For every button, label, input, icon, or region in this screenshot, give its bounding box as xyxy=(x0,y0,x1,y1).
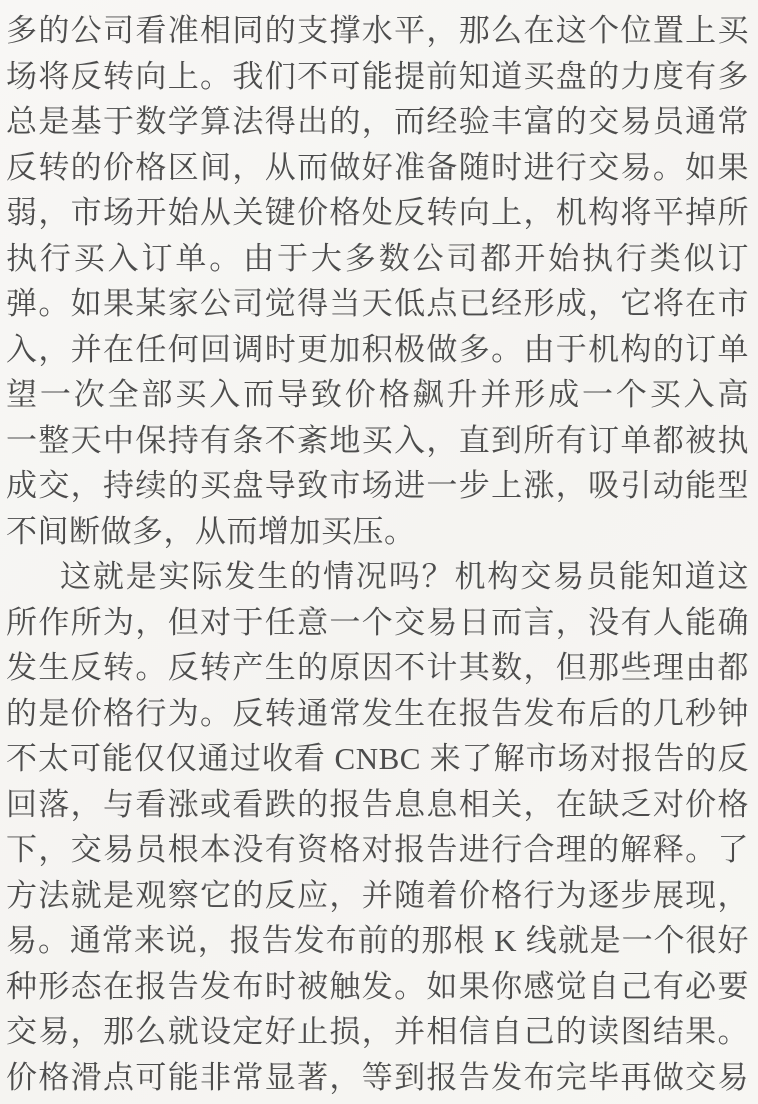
text-line: 易。通常来说，报告发布前的那根 K 线就是一个很好的入场形态，这 xyxy=(6,918,749,964)
text-line: 多的公司看准相同的支撑水平，那么在这个位置上买盘将压倒卖盘，市 xyxy=(6,8,749,54)
text-line: 弱，市场开始从关键价格处反转向上，机构将平掉所有空头，并积极地 xyxy=(6,190,749,236)
text-line: 不太可能仅仅通过收看 CNBC 来了解市场对报告的反应。市场的反弹或 xyxy=(6,736,749,782)
text-line: 所作所为，但对于任意一个交易日而言，没有人能确切知道市场为什么 xyxy=(6,600,749,646)
text-line: 弹。如果某家公司觉得当天低点已经形成，它将在市场反弹时继续买 xyxy=(6,281,749,327)
text-line: 成交，持续的买盘导致市场进一步上涨，吸引动能型交易员也在一天内 xyxy=(6,463,749,509)
text-line: 价格滑点可能非常显著，等到报告发布完毕再做交易是一个更好的选 xyxy=(6,1055,749,1101)
text-line: 回落，与看涨或看跌的报告息息相关，在缺乏对价格行为分析的情况 xyxy=(6,782,749,828)
text-line: 一整天中保持有条不紊地买入，直到所有订单都被执行。随着订单不断 xyxy=(6,418,749,464)
text-line: 发生反转。反转产生的原因不计其数，但那些理由都是不相干的。重要 xyxy=(6,645,749,691)
text-line: 交易，那么就设定好止损，并相信自己的读图结果。由于报告发布期的 xyxy=(6,1009,749,1055)
text-line: 入，并在任何回调时更加积极做多。由于机构的订单规模巨大，它不希 xyxy=(6,327,749,373)
text-line: 的是价格行为。反转通常发生在报告发布后的几秒钟内，但个人交易员 xyxy=(6,691,749,737)
text-line: 总是基于数学算法得出的，而经验丰富的交易员通常能够预测可能出现 xyxy=(6,99,749,145)
text-line: 种形态在报告发布时被触发。如果你感觉自己有必要在报告发布时进行 xyxy=(6,964,749,1010)
text-line: 场将反转向上。我们不可能提前知道买盘的力度有多大，但由于支撑位 xyxy=(6,54,749,100)
text-line: 不间断做多，从而增加买压。 xyxy=(6,509,749,555)
text-line: 望一次全部买入而导致价格飙升并形成一个买入高潮。相反，它宁愿在 xyxy=(6,372,749,418)
text-line: 方法就是观察它的反应，并随着价格行为逐步展现，设置好自己的交 xyxy=(6,873,749,919)
document-page: 多的公司看准相同的支撑水平，那么在这个位置上买盘将压倒卖盘，市 场将反转向上。我… xyxy=(0,0,758,1104)
text-line: 这就是实际发生的情况吗？机构交易员能知道这一切是不是他们的 xyxy=(6,554,749,600)
paragraph-1: 多的公司看准相同的支撑水平，那么在这个位置上买盘将压倒卖盘，市 场将反转向上。我… xyxy=(6,8,749,554)
text-line: 反转的价格区间，从而做好准备随时进行交易。如果下行动能开始衰 xyxy=(6,145,749,191)
text-line: 下，交易员根本没有资格对报告进行合理的解释。了解市场变化最好的 xyxy=(6,827,749,873)
text-line: 执行买入订单。由于大多数公司都开始执行类似订单，市场将开始反 xyxy=(6,236,749,282)
paragraph-2: 这就是实际发生的情况吗？机构交易员能知道这一切是不是他们的 所作所为，但对于任意… xyxy=(6,554,749,1100)
